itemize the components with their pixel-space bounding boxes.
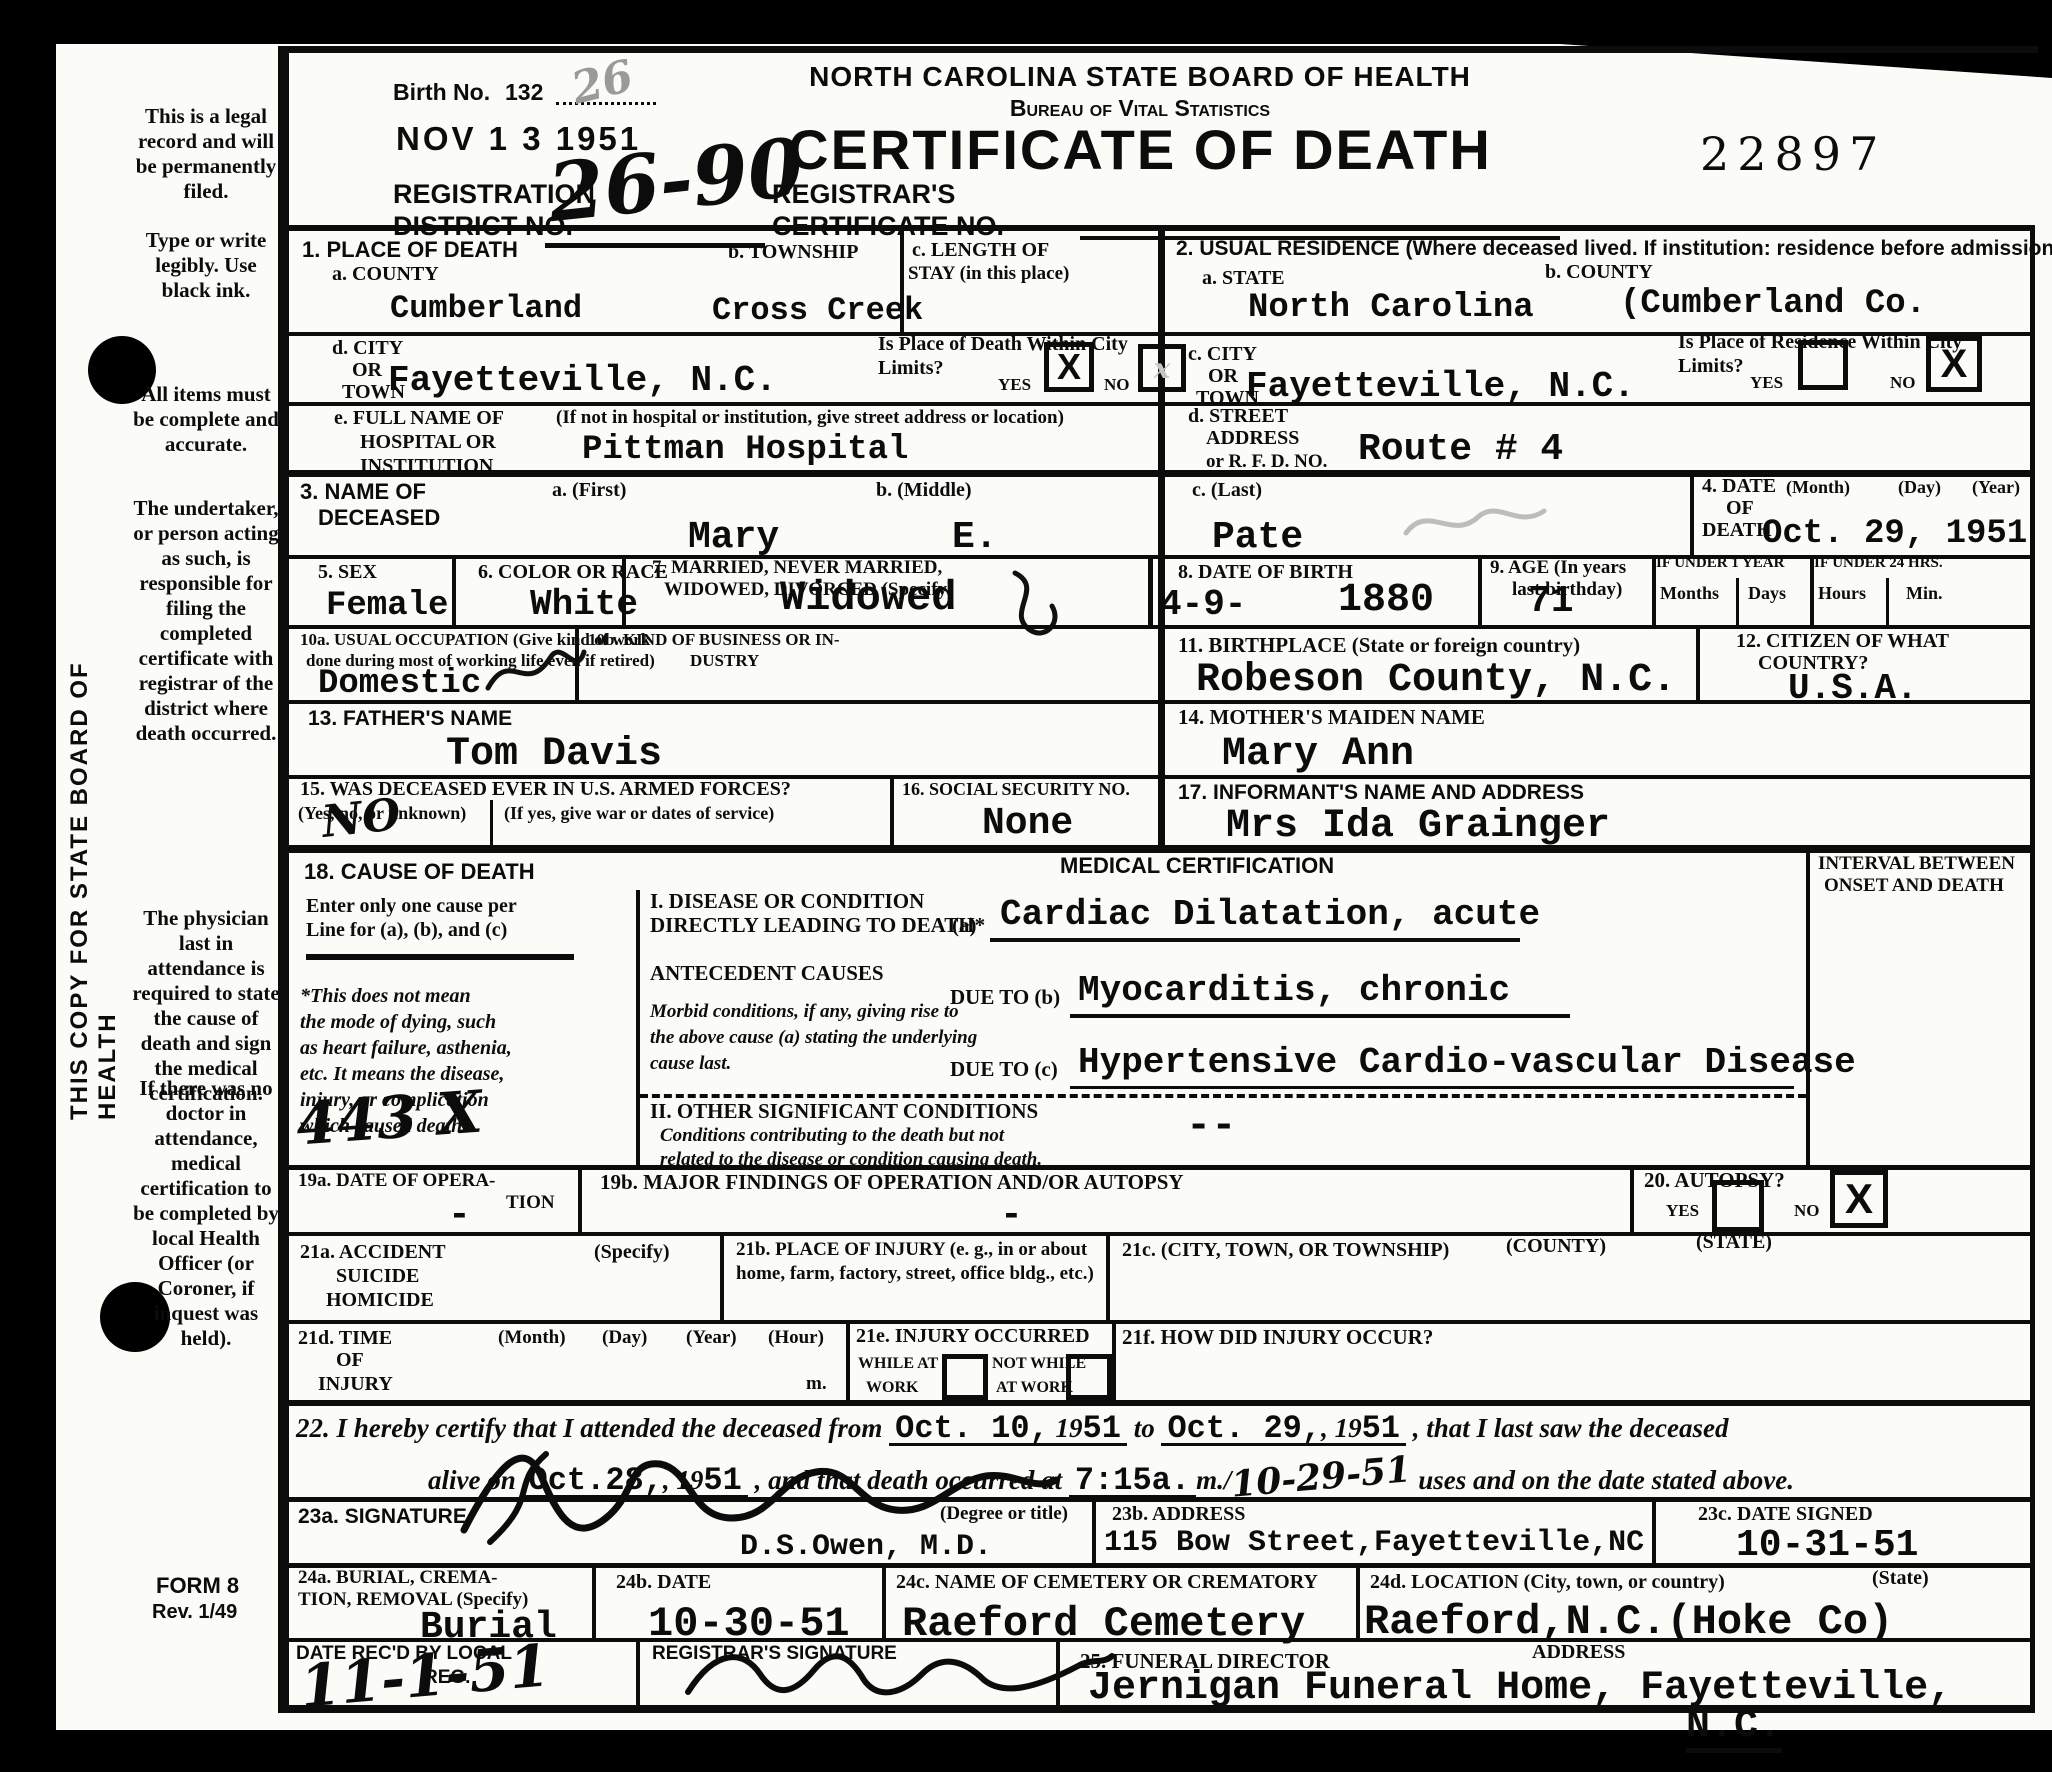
divider bbox=[278, 1320, 2035, 1324]
divider bbox=[1696, 625, 1700, 700]
board-title: NORTH CAROLINA STATE BOARD OF HEALTH bbox=[620, 62, 1660, 92]
date-of-death-label2: OF bbox=[1726, 498, 1754, 519]
certificate-serial: 22897 bbox=[1700, 130, 1886, 179]
months-label: Months bbox=[1660, 584, 1719, 603]
burial-date-label: 24b. DATE bbox=[616, 1572, 711, 1593]
time-of-injury-label2: OF bbox=[336, 1350, 364, 1371]
divider bbox=[1806, 845, 1810, 1165]
father-name-value: Tom Davis bbox=[446, 734, 662, 776]
funeral-director-value2: N.C. bbox=[1686, 1706, 1782, 1753]
certify-text: m./ bbox=[1196, 1465, 1231, 1495]
mode-of-dying-note: the mode of dying, such bbox=[300, 1012, 496, 1033]
certify-text: , that I last saw the deceased bbox=[1413, 1413, 1729, 1443]
divider bbox=[890, 775, 894, 845]
name-of-deceased-title2: DECEASED bbox=[318, 506, 440, 529]
date-signed-label: 23c. DATE SIGNED bbox=[1698, 1504, 1873, 1525]
divider bbox=[278, 1563, 2035, 1568]
residence-county-label: b. COUNTY bbox=[1545, 262, 1653, 283]
birth-no-label: Birth No. bbox=[393, 80, 490, 104]
yes-label: YES bbox=[1666, 1202, 1699, 1220]
due-to-b-label: DUE TO (b) bbox=[950, 986, 1060, 1008]
divider bbox=[622, 555, 626, 625]
date-of-birth-year: 1880 bbox=[1338, 580, 1434, 622]
certify-text: uses and on the date stated above. bbox=[1418, 1465, 1794, 1495]
enter-one-cause-note: Enter only one cause per bbox=[306, 896, 517, 917]
ink-flourish bbox=[480, 640, 590, 700]
divider bbox=[278, 1400, 2035, 1406]
due-to-c-label: DUE TO (c) bbox=[950, 1058, 1058, 1080]
autopsy-yes-checkbox bbox=[1712, 1180, 1764, 1232]
death-city-limits-yes-checkbox: X bbox=[1044, 342, 1094, 392]
divider bbox=[1736, 578, 1739, 625]
divider bbox=[278, 700, 2035, 704]
certify-text: to bbox=[1134, 1413, 1155, 1443]
death-city-limits-question2: Limits? bbox=[878, 358, 944, 379]
divider bbox=[882, 1563, 886, 1638]
business-label2: DUSTRY bbox=[690, 652, 759, 670]
divider bbox=[1356, 1563, 1360, 1638]
residence-city-limits-no-checkbox: X bbox=[1926, 336, 1982, 392]
attended-to-date: Oct. 29, bbox=[1167, 1410, 1321, 1447]
township-label: b. TOWNSHIP bbox=[728, 242, 858, 263]
informant-label: 17. INFORMANT'S NAME AND ADDRESS bbox=[1178, 782, 1584, 804]
funeral-director-value: Jernigan Funeral Home, Fayetteville, bbox=[1088, 1668, 1952, 1710]
morbid-conditions-note3: cause last. bbox=[650, 1054, 731, 1074]
divider bbox=[452, 555, 456, 625]
last-name-label: c. (Last) bbox=[1192, 480, 1262, 501]
funeral-director-address-label: ADDRESS bbox=[1532, 1642, 1625, 1663]
min-label: Min. bbox=[1906, 584, 1943, 603]
hospital-label2: HOSPITAL OR bbox=[360, 432, 496, 453]
major-findings-label: 19b. MAJOR FINDINGS OF OPERATION AND/OR … bbox=[600, 1171, 1184, 1193]
medical-certification-title: MEDICAL CERTIFICATION bbox=[1060, 854, 1334, 877]
injury-city-label: 21c. (CITY, TOWN, OR TOWNSHIP) bbox=[1122, 1240, 1449, 1261]
first-name-value: Mary bbox=[688, 518, 779, 558]
divider bbox=[490, 800, 493, 845]
divider bbox=[640, 1094, 1806, 1098]
ssn-value: None bbox=[982, 804, 1073, 844]
other-conditions-note: Conditions contributing to the death but… bbox=[660, 1126, 1004, 1146]
father-name-label: 13. FATHER'S NAME bbox=[308, 708, 512, 730]
attended-to-year: 51 bbox=[1362, 1410, 1400, 1447]
divider bbox=[1886, 578, 1889, 625]
time-of-injury-label3: INJURY bbox=[318, 1374, 393, 1395]
interval-label: INTERVAL BETWEEN bbox=[1818, 854, 2015, 874]
specify-label: (Specify) bbox=[594, 1242, 670, 1263]
length-of-stay-label: c. LENGTH OF bbox=[912, 240, 1049, 261]
form-border-top bbox=[278, 46, 2038, 53]
street-label2: ADDRESS bbox=[1206, 428, 1299, 449]
cause-a-value: Cardiac Dilatation, acute bbox=[1000, 896, 1540, 934]
divider bbox=[578, 1165, 582, 1232]
accident-label: 21a. ACCIDENT bbox=[300, 1242, 446, 1263]
form-border-left bbox=[278, 46, 289, 1712]
name-of-deceased-title: 3. NAME OF bbox=[300, 480, 426, 503]
registrar-certificate-label: Registrar's bbox=[772, 180, 955, 209]
interval-label2: ONSET AND DEATH bbox=[1824, 876, 2004, 896]
residence-city-limits-yes-checkbox bbox=[1798, 340, 1848, 390]
handwritten-code: 443 X bbox=[294, 1082, 484, 1156]
if-under-1-year-label: IF UNDER 1 YEAR bbox=[1656, 556, 1784, 572]
year-label: (Year) bbox=[686, 1328, 737, 1348]
days-label: Days bbox=[1748, 584, 1786, 603]
form-number: FORM 8 bbox=[156, 1574, 239, 1597]
form-border-right bbox=[2030, 225, 2035, 1712]
township-value: Cross Creek bbox=[712, 294, 923, 328]
no-label: NO bbox=[1104, 376, 1130, 394]
divider bbox=[1478, 555, 1482, 625]
divider bbox=[278, 402, 2035, 406]
residence-city-limits-question2: Limits? bbox=[1678, 356, 1744, 377]
mode-of-dying-note: as heart failure, asthenia, bbox=[300, 1038, 512, 1059]
sex-label: 5. SEX bbox=[318, 562, 377, 583]
business-label: 10b. KIND OF BUSINESS OR IN- bbox=[588, 631, 840, 649]
form-revision: Rev. 1/49 bbox=[152, 1602, 237, 1623]
disease-condition-label: I. DISEASE OR CONDITION bbox=[650, 890, 924, 912]
date-of-operation-value: - bbox=[448, 1196, 471, 1236]
divider bbox=[1630, 1165, 1634, 1232]
month-label: (Month) bbox=[1786, 478, 1850, 497]
enter-one-cause-note2: Line for (a), (b), and (c) bbox=[306, 920, 507, 941]
residence-city-label2: OR bbox=[1208, 366, 1238, 387]
date-of-death-value: Oct. 29, 1951 bbox=[1762, 516, 2027, 552]
date-signed-value: 10-31-51 bbox=[1736, 1526, 1918, 1566]
cemetery-label: 24c. NAME OF CEMETERY OR CREMATORY bbox=[896, 1572, 1318, 1593]
county-value: Cumberland bbox=[390, 292, 582, 326]
x-mark: X bbox=[1941, 342, 1968, 387]
mother-name-value: Mary Ann bbox=[1222, 734, 1414, 776]
hour-label: (Hour) bbox=[768, 1328, 824, 1348]
hospital-note: (If not in hospital or institution, give… bbox=[556, 408, 1064, 428]
x-mark: X bbox=[1845, 1175, 1873, 1223]
divider bbox=[900, 231, 904, 332]
autopsy-no-checkbox: X bbox=[1830, 1170, 1888, 1228]
certificate-title: CERTIFICATE OF DEATH bbox=[620, 120, 1660, 179]
first-name-label: a. (First) bbox=[552, 480, 626, 501]
morbid-conditions-note: Morbid conditions, if any, giving rise t… bbox=[650, 1002, 959, 1022]
usual-residence-title: 2. USUAL RESIDENCE (Where deceased lived… bbox=[1176, 238, 2052, 260]
divider bbox=[306, 954, 574, 960]
divider bbox=[1158, 231, 1165, 845]
divider bbox=[592, 1563, 596, 1638]
injury-state-label: (STATE) bbox=[1696, 1232, 1772, 1253]
residence-city-label: c. CITY bbox=[1188, 344, 1257, 365]
race-label: 6. COLOR OR RACE bbox=[478, 562, 668, 583]
sidebar-note: Type or write legibly. Use black ink. bbox=[130, 228, 282, 303]
residence-city-value: Fayetteville, N.C. bbox=[1246, 368, 1635, 406]
divider bbox=[636, 890, 640, 1165]
time-of-death-value: 7:15a. bbox=[1075, 1462, 1190, 1499]
certify-text: , 19 bbox=[1321, 1413, 1362, 1443]
yes-label: YES bbox=[998, 376, 1031, 394]
age-label: 9. AGE (In years bbox=[1490, 558, 1626, 578]
death-certificate-scan: THIS COPY FOR STATE BOARD OF HEALTH This… bbox=[0, 0, 2052, 1772]
cause-a-label: (a) bbox=[952, 914, 977, 936]
blank-line bbox=[1070, 1086, 1794, 1089]
death-city-limits-no-checkbox: x bbox=[1138, 344, 1186, 392]
sidebar-note: All items must be complete and accurate. bbox=[130, 382, 282, 457]
last-name-value: Pate bbox=[1212, 518, 1303, 558]
while-at-work-checkbox bbox=[942, 1354, 988, 1400]
handwritten-death-date: 10-29-51 bbox=[1230, 1450, 1413, 1504]
residence-state-label: a. STATE bbox=[1202, 268, 1285, 289]
hospital-label: e. FULL NAME OF bbox=[334, 408, 504, 429]
while-at-work-label: WHILE AT bbox=[858, 1356, 938, 1373]
middle-name-value: E. bbox=[952, 518, 998, 558]
cause-b-value: Myocarditis, chronic bbox=[1078, 972, 1510, 1010]
injury-county-label: (COUNTY) bbox=[1506, 1236, 1606, 1257]
city-label2: OR bbox=[352, 360, 382, 381]
blank-line bbox=[1070, 1014, 1570, 1018]
mode-of-dying-note: *This does not mean bbox=[300, 986, 471, 1007]
place-of-injury-label: 21b. PLACE OF INJURY (e. g., in or about bbox=[736, 1240, 1087, 1260]
not-while-at-work-checkbox bbox=[1066, 1354, 1112, 1400]
divider bbox=[636, 1638, 640, 1705]
morbid-conditions-note2: the above cause (a) stating the underlyi… bbox=[650, 1028, 977, 1048]
age-value: 71 bbox=[1528, 582, 1574, 622]
informant-value: Mrs Ida Grainger bbox=[1226, 806, 1610, 848]
date-of-birth-value: 4-9- bbox=[1160, 586, 1246, 624]
no-label: NO bbox=[1794, 1202, 1820, 1220]
sidebar-note: The undertaker, or person acting as such… bbox=[130, 496, 282, 746]
divider bbox=[278, 845, 2035, 853]
ssn-label: 16. SOCIAL SECURITY NO. bbox=[902, 780, 1130, 799]
pencil-squiggle bbox=[1400, 495, 1550, 550]
place-of-injury-label2: home, farm, factory, street, office bldg… bbox=[736, 1264, 1094, 1284]
m-label: m. bbox=[806, 1374, 827, 1394]
while-at-work-label2: WORK bbox=[866, 1380, 918, 1397]
birthplace-label: 11. BIRTHPLACE (State or foreign country… bbox=[1178, 634, 1580, 656]
city-label: d. CITY bbox=[332, 338, 403, 359]
divider bbox=[1092, 1497, 1096, 1563]
homicide-label: HOMICIDE bbox=[326, 1290, 434, 1311]
divider bbox=[1690, 470, 1694, 555]
month-label: (Month) bbox=[498, 1328, 566, 1348]
year-label: (Year) bbox=[1972, 478, 2020, 497]
if-under-24-hrs-label: IF UNDER 24 HRS. bbox=[1814, 556, 1943, 572]
occupation-value: Domestic bbox=[318, 666, 481, 702]
divider bbox=[1148, 555, 1153, 625]
cause-c-value: Hypertensive Cardio-vascular Disease bbox=[1078, 1044, 1856, 1082]
other-significant-conditions-label: II. OTHER SIGNIFICANT CONDITIONS bbox=[650, 1100, 1038, 1122]
sidebar-note: If there was no doctor in attendance, me… bbox=[130, 1076, 282, 1351]
cause-of-death-title: 18. CAUSE OF DEATH bbox=[304, 860, 535, 883]
residence-county-value: (Cumberland Co. bbox=[1620, 286, 1926, 322]
date-of-operation-label2: TION bbox=[506, 1193, 555, 1213]
no-label: NO bbox=[1890, 374, 1916, 392]
divider bbox=[1106, 1232, 1110, 1320]
day-label: (Day) bbox=[602, 1328, 647, 1348]
faint-pencil-mark: x bbox=[1154, 352, 1171, 385]
signature-label: 23a. SIGNATURE bbox=[298, 1506, 467, 1528]
antecedent-causes-label: ANTECEDENT CAUSES bbox=[650, 962, 884, 984]
registrar-signature bbox=[680, 1636, 1120, 1706]
length-of-stay-label2: STAY (in this place) bbox=[908, 264, 1069, 284]
middle-name-label: b. (Middle) bbox=[876, 480, 972, 501]
major-findings-value: - bbox=[1000, 1196, 1023, 1236]
city-value: Fayetteville, N.C. bbox=[388, 362, 777, 400]
hospital-value: Pittman Hospital bbox=[582, 432, 908, 468]
street-label: d. STREET bbox=[1188, 406, 1288, 427]
birthplace-value: Robeson County, N.C. bbox=[1196, 660, 1676, 702]
residence-state-value: North Carolina bbox=[1248, 290, 1534, 326]
date-of-death-label: 4. DATE bbox=[1702, 476, 1776, 497]
copy-designation: THIS COPY FOR STATE BOARD OF HEALTH bbox=[66, 560, 122, 1120]
sidebar-note: This is a legal record and will be perma… bbox=[130, 104, 282, 204]
divider bbox=[278, 625, 2035, 629]
state-label: (State) bbox=[1872, 1568, 1929, 1589]
place-of-death-title: 1. PLACE OF DEATH bbox=[302, 238, 518, 261]
date-of-birth-label: 8. DATE OF BIRTH bbox=[1178, 562, 1353, 583]
divider bbox=[846, 1320, 850, 1400]
cemetery-location-label: 24d. LOCATION (City, town, or country) bbox=[1370, 1572, 1725, 1593]
armed-forces-value: NO bbox=[320, 792, 403, 847]
mother-name-label: 14. MOTHER'S MAIDEN NAME bbox=[1178, 706, 1485, 728]
time-of-injury-label: 21d. TIME bbox=[298, 1328, 392, 1349]
disease-condition-label2: DIRECTLY LEADING TO DEATH* bbox=[650, 914, 985, 936]
bureau-subtitle: Bureau of Vital Statistics bbox=[620, 96, 1660, 120]
divider bbox=[1112, 1320, 1116, 1400]
county-label: a. COUNTY bbox=[332, 264, 439, 285]
marital-status-value: Widowed bbox=[780, 576, 956, 621]
street-value: Route # 4 bbox=[1358, 430, 1563, 470]
burial-label: 24a. BURIAL, CREMA- bbox=[298, 1568, 498, 1588]
hours-label: Hours bbox=[1818, 584, 1866, 603]
date-of-operation-label: 19a. DATE OF OPERA- bbox=[298, 1171, 495, 1191]
birth-no-value: 132 bbox=[505, 80, 543, 104]
divider bbox=[278, 225, 2035, 231]
armed-forces-sub2: (If yes, give war or dates of service) bbox=[504, 804, 774, 823]
other-conditions-value: -- bbox=[1186, 1104, 1236, 1149]
physician-typed-name: D.S.Owen, M.D. bbox=[740, 1532, 992, 1564]
physician-address-value: 115 Bow Street,Fayetteville,NC bbox=[1104, 1528, 1644, 1560]
not-while-at-work-label2: AT WORK bbox=[996, 1380, 1073, 1397]
physician-address-label: 23b. ADDRESS bbox=[1112, 1504, 1245, 1525]
divider bbox=[720, 1232, 724, 1320]
suicide-label: SUICIDE bbox=[336, 1266, 419, 1287]
injury-occurred-label: 21e. INJURY OCCURRED bbox=[856, 1326, 1090, 1347]
citizen-label: 12. CITIZEN OF WHAT bbox=[1736, 631, 1949, 652]
ink-flourish bbox=[1000, 568, 1070, 643]
day-label: (Day) bbox=[1898, 478, 1941, 497]
yes-label: YES bbox=[1750, 374, 1783, 392]
how-injury-occurred-label: 21f. HOW DID INJURY OCCUR? bbox=[1122, 1326, 1433, 1348]
divider bbox=[575, 625, 579, 700]
blank-line bbox=[990, 938, 1520, 942]
sex-value: Female bbox=[326, 588, 448, 624]
divider bbox=[1652, 1497, 1656, 1563]
x-mark: X bbox=[1057, 346, 1081, 388]
